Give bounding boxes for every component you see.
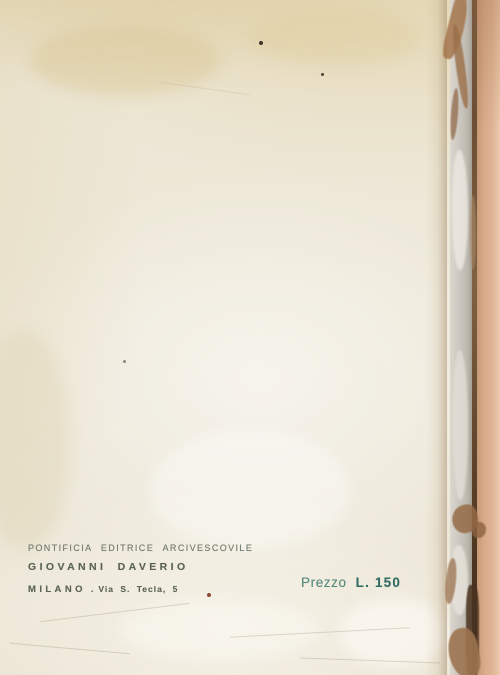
stain — [120, 600, 320, 660]
tear-mark — [470, 195, 476, 270]
stain — [0, 330, 70, 550]
board-edge-shade — [477, 0, 500, 130]
publisher-address-line: MILANO.Via S. Tecla, 5 — [28, 579, 253, 597]
dirt-speck — [259, 41, 263, 45]
price-label: Prezzo — [301, 575, 347, 590]
dirt-speck — [321, 73, 324, 76]
price-value: L. 150 — [356, 575, 401, 590]
publisher-city: MILANO — [28, 584, 86, 595]
price-line: PrezzoL. 150 — [301, 575, 401, 590]
book-back-cover: PONTIFICIA EDITRICE ARCIVESCOVILE GIOVAN… — [0, 0, 500, 675]
address-separator: . — [91, 584, 94, 594]
publisher-person: GIOVANNI DAVERIO — [28, 561, 253, 573]
crease-line — [10, 643, 130, 654]
dirt-speck — [123, 360, 126, 363]
publisher-imprint: PONTIFICIA EDITRICE ARCIVESCOVILE GIOVAN… — [28, 543, 253, 597]
stain — [150, 430, 350, 550]
cover-edge-shadow — [426, 0, 447, 675]
publisher-name: PONTIFICIA EDITRICE ARCIVESCOVILE — [28, 543, 253, 553]
stain — [30, 25, 220, 95]
stain — [250, 10, 420, 65]
spine-peeling-patch — [452, 150, 468, 270]
publisher-street: Via S. Tecla, 5 — [98, 584, 178, 594]
